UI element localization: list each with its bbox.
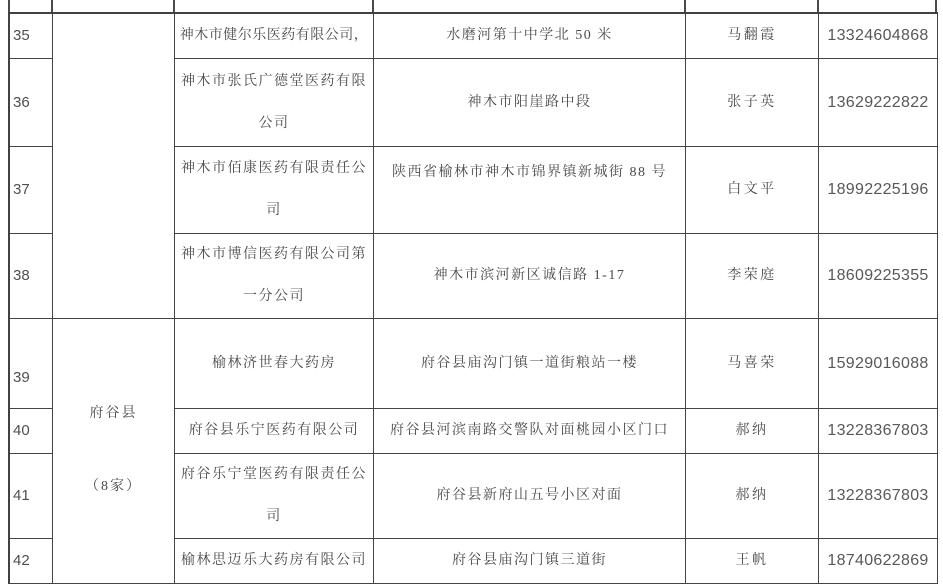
phone-cell: 13228367803 — [819, 409, 938, 454]
address-cell: 陕西省榆林市神木市锦界镇新城街 88 号 — [374, 147, 686, 234]
contact-cell: 白文平 — [686, 147, 819, 234]
contact-cell: 郝纳 — [686, 409, 819, 454]
scanned-pharmacy-table-page: 府谷县 （8家） 35 神木市健尔乐医药有限公司， 水磨河第十中学北 50 米 … — [0, 0, 943, 587]
region-county-label: 府谷县 — [90, 406, 138, 423]
row-number-cell: 38 — [10, 234, 53, 319]
pharmacy-name-cell: 榆林济世春大药房 — [175, 319, 374, 409]
contact-cell: 马翻霞 — [686, 14, 819, 59]
region-count-label: （8家） — [85, 479, 142, 496]
phone-cell: 18609225355 — [819, 234, 938, 319]
address-cell: 府谷县庙沟门镇三道街 — [374, 539, 686, 584]
phone-cell: 13228367803 — [819, 454, 938, 539]
phone-cell: 13324604868 — [819, 14, 938, 59]
address-cell: 府谷县庙沟门镇一道街粮站一楼 — [374, 319, 686, 409]
pharmacy-name-cell: 神木市博信医药有限公司第一分公司 — [175, 234, 374, 319]
pharmacy-name-cell: 榆林思迈乐大药房有限公司 — [175, 539, 374, 584]
pharmacy-name-cell: 神木市张氏广德堂医药有限公司 — [175, 59, 374, 147]
row-number-cell: 35 — [10, 14, 53, 59]
phone-cell: 13629222822 — [819, 59, 938, 147]
region-cell-fugu: 府谷县 （8家） — [53, 319, 175, 584]
row-number-cell: 40 — [10, 409, 53, 454]
contact-cell: 马喜荣 — [686, 319, 819, 409]
address-cell: 水磨河第十中学北 50 米 — [374, 14, 686, 59]
phone-cell: 18992225196 — [819, 147, 938, 234]
row-number-cell: 36 — [10, 59, 53, 147]
phone-cell: 18740622869 — [819, 539, 938, 584]
address-cell: 府谷县新府山五号小区对面 — [374, 454, 686, 539]
row-number-cell: 41 — [10, 454, 53, 539]
contact-cell: 张子英 — [686, 59, 819, 147]
contact-cell: 李荣庭 — [686, 234, 819, 319]
row-number-cell: 39 — [10, 319, 53, 409]
pharmacy-name-cell: 神木市健尔乐医药有限公司， — [175, 14, 374, 59]
pharmacy-name-cell: 府谷乐宁堂医药有限责任公司 — [175, 454, 374, 539]
region-cell-empty — [53, 14, 175, 319]
contact-cell: 郝纳 — [686, 454, 819, 539]
address-cell: 神木市滨河新区诚信路 1-17 — [374, 234, 686, 319]
contact-cell: 王帆 — [686, 539, 819, 584]
address-cell: 府谷县河滨南路交警队对面桃园小区门口 — [374, 409, 686, 454]
pharmacy-name-cell: 神木市佰康医药有限责任公司 — [175, 147, 374, 234]
phone-cell: 15929016088 — [819, 319, 938, 409]
pharmacy-list-table: 府谷县 （8家） 35 神木市健尔乐医药有限公司， 水磨河第十中学北 50 米 … — [8, 12, 938, 584]
address-cell: 神木市阳崖路中段 — [374, 59, 686, 147]
row-number-cell: 42 — [10, 539, 53, 584]
row-number-cell: 37 — [10, 147, 53, 234]
pharmacy-name-cell: 府谷县乐宁医药有限公司 — [175, 409, 374, 454]
